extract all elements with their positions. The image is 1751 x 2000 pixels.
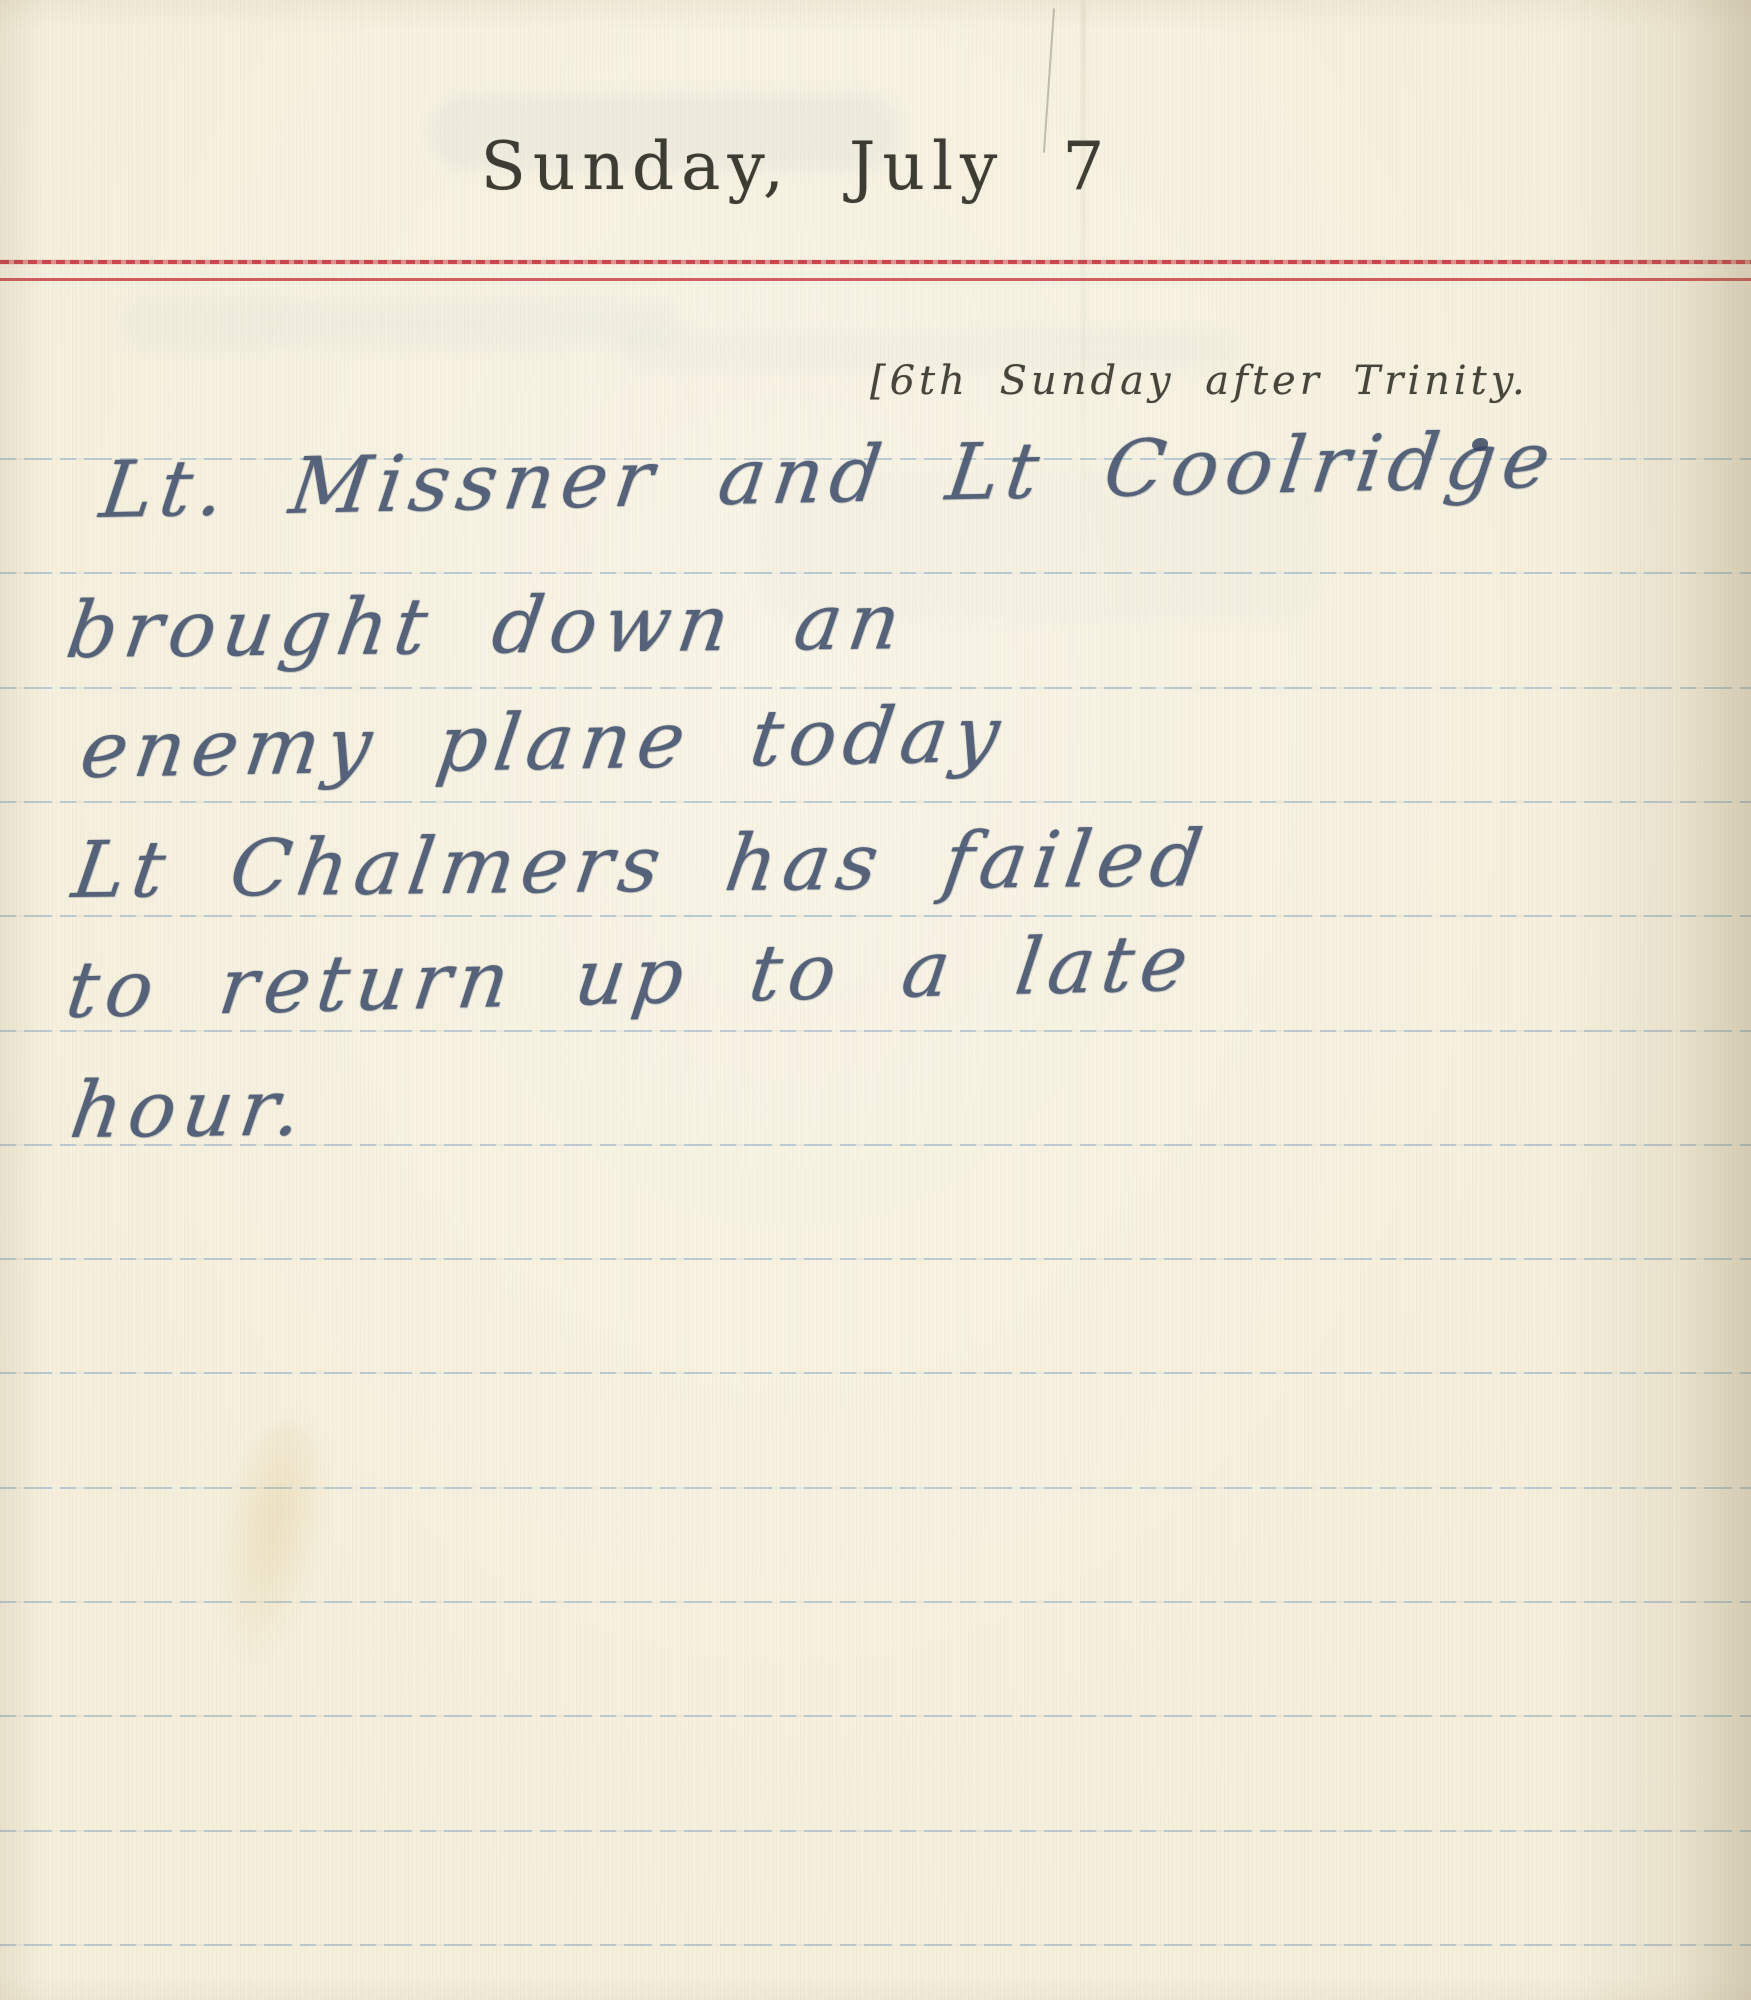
red-rule-top (0, 260, 1751, 264)
ruled-line (0, 1944, 1751, 1946)
diary-page: Sunday, July 7 [6th Sunday after Trinity… (0, 0, 1751, 2000)
ink-blot (1472, 438, 1488, 451)
ruled-line (0, 915, 1751, 917)
ruled-line (0, 687, 1751, 689)
handwriting-line-2: brought down an (62, 583, 912, 670)
ruled-line (0, 1372, 1751, 1374)
handwriting-line-3: enemy plane today (76, 696, 1011, 790)
ruled-line (0, 572, 1751, 574)
paper-stain (194, 1412, 346, 1677)
handwriting-line-6: hour. (66, 1070, 314, 1150)
paper-crease (1082, 0, 1085, 560)
ruled-line (0, 1830, 1751, 1832)
ruled-line (0, 801, 1751, 803)
handwriting-line-5: to return up to a late (62, 925, 1199, 1030)
ruled-line (0, 1258, 1751, 1260)
handwriting-line-1: Lt. Missner and Lt Coolridge (96, 422, 1561, 530)
ruled-line (0, 1715, 1751, 1717)
red-rule-bottom (0, 278, 1751, 281)
calendar-note: [6th Sunday after Trinity. (870, 358, 1529, 404)
page-title: Sunday, July 7 (0, 128, 1592, 205)
handwriting-line-4: Lt Chalmers has failed (68, 820, 1214, 910)
show-through-ghost (120, 300, 680, 348)
